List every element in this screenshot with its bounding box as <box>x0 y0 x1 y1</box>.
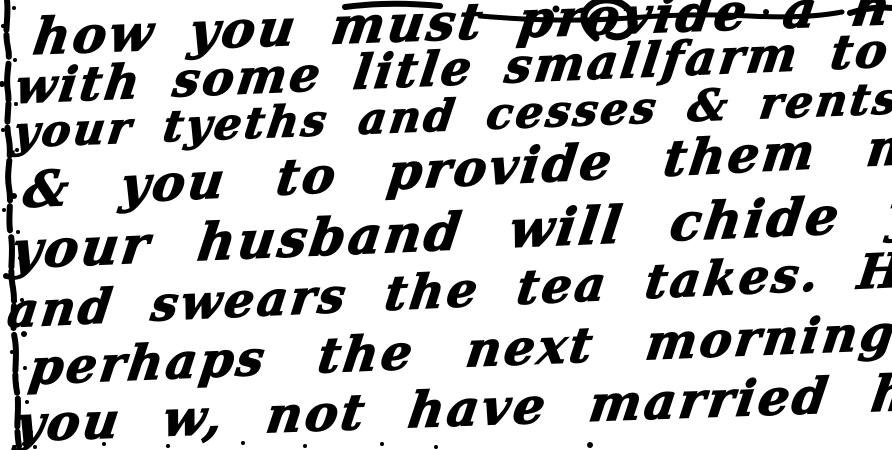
manuscript-page: how you must provide a hous with some li… <box>0 0 892 450</box>
